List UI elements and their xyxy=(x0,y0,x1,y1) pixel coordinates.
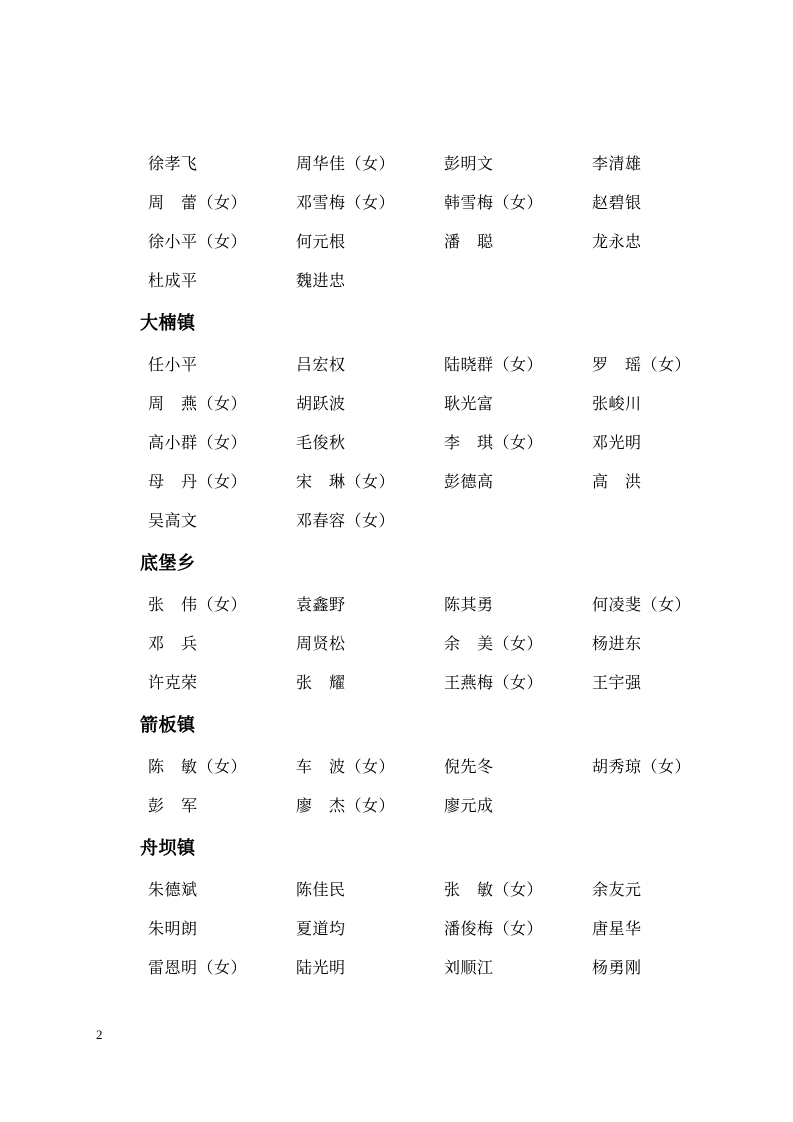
section-header: 箭板镇 xyxy=(140,703,793,748)
name-row: 彭 军廖 杰（女）廖元成 xyxy=(148,787,793,826)
person-name: 吕宏权 xyxy=(296,346,444,385)
person-name: 邓 兵 xyxy=(148,625,296,664)
name-section: 徐孝飞周华佳（女）彭明文李清雄周 蕾（女）邓雪梅（女）韩雪梅（女）赵碧银徐小平（… xyxy=(0,145,793,301)
person-name: 龙永忠 xyxy=(592,223,793,262)
name-row: 任小平吕宏权陆晓群（女）罗 瑶（女） xyxy=(148,346,793,385)
name-section: 底堡乡张 伟（女）袁鑫野陈其勇何凌斐（女）邓 兵周贤松余 美（女）杨进东许克荣张… xyxy=(0,541,793,703)
person-name: 张 耀 xyxy=(296,664,444,703)
person-name: 任小平 xyxy=(148,346,296,385)
person-name: 彭明文 xyxy=(444,145,592,184)
person-name: 余 美（女） xyxy=(444,625,592,664)
person-name: 陈其勇 xyxy=(444,586,592,625)
name-row: 徐孝飞周华佳（女）彭明文李清雄 xyxy=(148,145,793,184)
person-name: 潘俊梅（女） xyxy=(444,910,592,949)
person-name: 张 伟（女） xyxy=(148,586,296,625)
person-name: 赵碧银 xyxy=(592,184,793,223)
person-name: 杜成平 xyxy=(148,262,296,301)
person-name: 廖元成 xyxy=(444,787,592,826)
person-name: 彭德高 xyxy=(444,463,592,502)
document-page: 徐孝飞周华佳（女）彭明文李清雄周 蕾（女）邓雪梅（女）韩雪梅（女）赵碧银徐小平（… xyxy=(0,0,793,988)
person-name: 高小群（女） xyxy=(148,424,296,463)
name-row: 张 伟（女）袁鑫野陈其勇何凌斐（女） xyxy=(148,586,793,625)
person-name: 耿光富 xyxy=(444,385,592,424)
person-name: 潘 聪 xyxy=(444,223,592,262)
name-row: 徐小平（女）何元根潘 聪龙永忠 xyxy=(148,223,793,262)
person-name: 胡秀琼（女） xyxy=(592,748,793,787)
person-name: 杨进东 xyxy=(592,625,793,664)
person-name: 魏进忠 xyxy=(296,262,444,301)
name-section: 舟坝镇朱德斌陈佳民张 敏（女）余友元朱明朗夏道均潘俊梅（女）唐星华雷恩明（女）陆… xyxy=(0,826,793,988)
section-header: 底堡乡 xyxy=(140,541,793,586)
person-name: 王宇强 xyxy=(592,664,793,703)
person-name: 宋 琳（女） xyxy=(296,463,444,502)
person-name: 王燕梅（女） xyxy=(444,664,592,703)
person-name: 陆光明 xyxy=(296,949,444,988)
person-name: 张峻川 xyxy=(592,385,793,424)
name-row: 高小群（女）毛俊秋李 琪（女）邓光明 xyxy=(148,424,793,463)
person-name: 陆晓群（女） xyxy=(444,346,592,385)
person-name: 袁鑫野 xyxy=(296,586,444,625)
person-name: 母 丹（女） xyxy=(148,463,296,502)
person-name: 徐小平（女） xyxy=(148,223,296,262)
person-name: 朱德斌 xyxy=(148,871,296,910)
person-name: 唐星华 xyxy=(592,910,793,949)
person-name: 杨勇刚 xyxy=(592,949,793,988)
person-name: 倪先冬 xyxy=(444,748,592,787)
name-section: 箭板镇陈 敏（女）车 波（女）倪先冬胡秀琼（女）彭 军廖 杰（女）廖元成 xyxy=(0,703,793,826)
page-number: 2 xyxy=(96,1027,103,1043)
person-name: 陈佳民 xyxy=(296,871,444,910)
person-name: 朱明朗 xyxy=(148,910,296,949)
name-row: 周 蕾（女）邓雪梅（女）韩雪梅（女）赵碧银 xyxy=(148,184,793,223)
person-name: 陈 敏（女） xyxy=(148,748,296,787)
person-name: 周贤松 xyxy=(296,625,444,664)
person-name: 邓光明 xyxy=(592,424,793,463)
person-name: 刘顺江 xyxy=(444,949,592,988)
section-header: 舟坝镇 xyxy=(140,826,793,871)
person-name: 邓春容（女） xyxy=(296,502,444,541)
person-name: 周 燕（女） xyxy=(148,385,296,424)
person-name: 徐孝飞 xyxy=(148,145,296,184)
person-name: 高 洪 xyxy=(592,463,793,502)
person-name: 何元根 xyxy=(296,223,444,262)
name-row: 许克荣张 耀王燕梅（女）王宇强 xyxy=(148,664,793,703)
section-header: 大楠镇 xyxy=(140,301,793,346)
person-name: 周 蕾（女） xyxy=(148,184,296,223)
person-name: 何凌斐（女） xyxy=(592,586,793,625)
person-name: 李 琪（女） xyxy=(444,424,592,463)
name-row: 朱明朗夏道均潘俊梅（女）唐星华 xyxy=(148,910,793,949)
person-name: 罗 瑶（女） xyxy=(592,346,793,385)
name-row: 周 燕（女）胡跃波耿光富张峻川 xyxy=(148,385,793,424)
name-row: 母 丹（女）宋 琳（女）彭德高高 洪 xyxy=(148,463,793,502)
name-row: 雷恩明（女）陆光明刘顺江杨勇刚 xyxy=(148,949,793,988)
person-name: 夏道均 xyxy=(296,910,444,949)
person-name: 廖 杰（女） xyxy=(296,787,444,826)
name-row: 陈 敏（女）车 波（女）倪先冬胡秀琼（女） xyxy=(148,748,793,787)
person-name: 许克荣 xyxy=(148,664,296,703)
person-name: 周华佳（女） xyxy=(296,145,444,184)
person-name: 韩雪梅（女） xyxy=(444,184,592,223)
person-name: 胡跃波 xyxy=(296,385,444,424)
person-name: 邓雪梅（女） xyxy=(296,184,444,223)
name-row: 邓 兵周贤松余 美（女）杨进东 xyxy=(148,625,793,664)
person-name: 吴高文 xyxy=(148,502,296,541)
person-name: 李清雄 xyxy=(592,145,793,184)
person-name: 余友元 xyxy=(592,871,793,910)
name-row: 吴高文邓春容（女） xyxy=(148,502,793,541)
person-name: 张 敏（女） xyxy=(444,871,592,910)
person-name: 雷恩明（女） xyxy=(148,949,296,988)
person-name: 车 波（女） xyxy=(296,748,444,787)
person-name: 彭 军 xyxy=(148,787,296,826)
name-row: 杜成平魏进忠 xyxy=(148,262,793,301)
person-name: 毛俊秋 xyxy=(296,424,444,463)
name-roster: 徐孝飞周华佳（女）彭明文李清雄周 蕾（女）邓雪梅（女）韩雪梅（女）赵碧银徐小平（… xyxy=(0,0,793,988)
name-row: 朱德斌陈佳民张 敏（女）余友元 xyxy=(148,871,793,910)
name-section: 大楠镇任小平吕宏权陆晓群（女）罗 瑶（女）周 燕（女）胡跃波耿光富张峻川高小群（… xyxy=(0,301,793,541)
